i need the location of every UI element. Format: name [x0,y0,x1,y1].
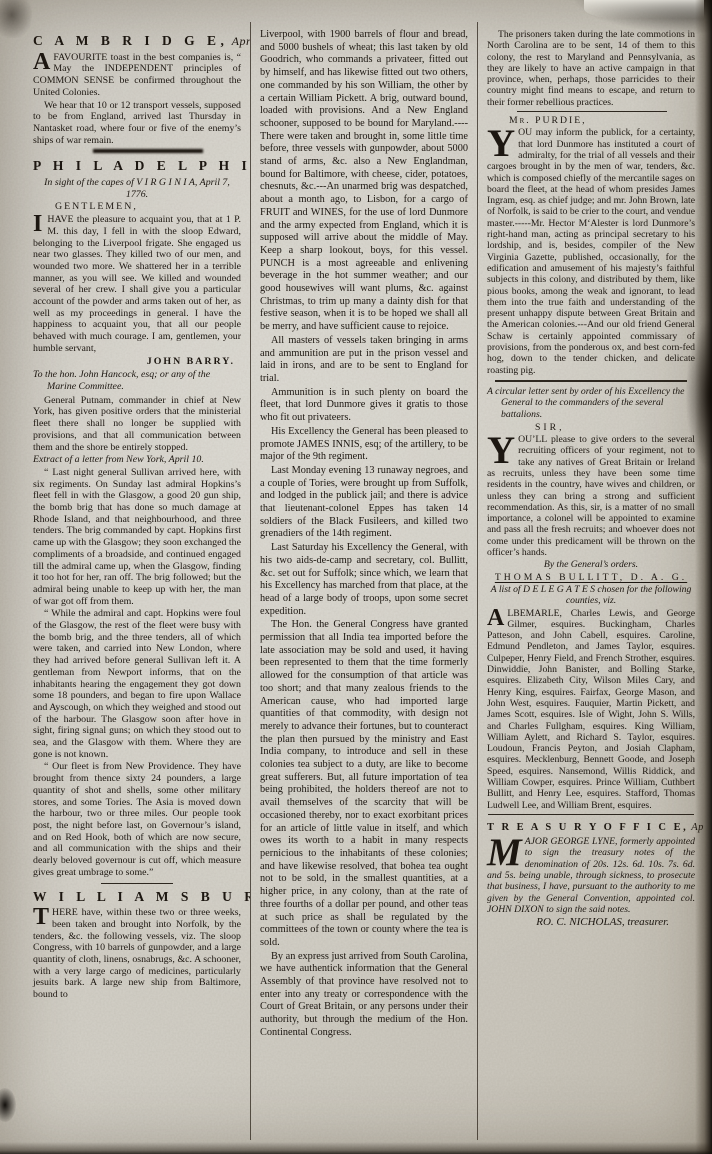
dateline-treasury: T R E A S U R Y O F F I C E, April 26, 1… [487,822,695,833]
city-name: P H I L A D E L P H I A, [33,158,250,173]
section-rule-smeared [93,149,203,153]
article-ammunition: Ammunition is in such plenty on board th… [260,387,468,425]
article-cambridge-transports: We hear that 10 or 12 transport vessels,… [33,100,241,147]
city-date: April 4. [228,34,250,48]
circular-letter: YOU’LL please to give orders to the seve… [487,434,695,558]
delegates-list: ALBEMARLE, Charles Lewis, and George Gil… [487,608,695,811]
column-3: The prisoners taken during the late comm… [477,22,704,1140]
bottom-edge-shadow [0,1142,712,1154]
signature-thomas-bullitt: THOMAS BULLITT, D. A. G. [487,572,695,583]
city-name: C A M B R I D G E, [33,33,228,48]
drop-cap: A [33,52,53,72]
extract-para-3: “ Our fleet is from New Providence. They… [33,761,241,878]
letter-place-line: In sight of the capes of V I R G I N I A… [33,177,241,200]
dateline-philadelphia: P H I L A D E L P H I A, April 11. [33,160,241,174]
signature-john-barry: JOHN BARRY. [33,356,241,368]
circular-letter-heading: A circular letter sent by order of his E… [487,386,695,420]
circular-salutation: SIR, [535,422,695,433]
left-edge-ink-blob [0,1088,16,1122]
page-corner-highlight [584,0,704,22]
letter-address: To the hon. John Hancock, esq; or any of… [33,369,241,392]
drop-cap: M [487,836,525,868]
article-cambridge-toast: AFAVOURITE toast in the best companies i… [33,52,241,99]
drop-cap: A [487,608,507,628]
drop-cap: Y [487,127,518,159]
article-prisoners: The prisoners taken during the late comm… [487,29,695,108]
article-putnam: General Putnam, commander in chief at Ne… [33,395,241,454]
purdie-letter: YOU may inform the publick, for a certai… [487,127,695,376]
williamsburg-vessels-cont: Liverpool, with 1900 barrels of flour an… [260,29,468,334]
newspaper-page: C A M B R I D G E, April 4.AFAVOURITE to… [0,0,712,1154]
section-rule [101,883,173,884]
williamsburg-vessels: THERE have, within these two or three we… [33,907,241,1001]
drop-cap: T [33,907,52,927]
by-generals-orders: By the General’s orders. [487,559,695,570]
letter-salutation: GENTLEMEN, [55,201,241,213]
article-prison-vessel: All masters of vessels taken bringing in… [260,335,468,386]
extract-heading: Extract of a letter from New York, April… [33,454,241,466]
extract-para-1: “ Last night general Sullivan arrived he… [33,467,241,607]
city-name: W I L L I A M S B U R G, [33,889,250,904]
column-2: Liverpool, with 1900 barrels of flour an… [250,22,477,1140]
column-container: C A M B R I D G E, April 4.AFAVOURITE to… [24,22,704,1140]
barry-letter: I HAVE the pleasure to acquaint you, tha… [33,214,241,354]
signature-nicholas: RO. C. NICHOLAS, treasurer. [487,917,695,928]
article-tea-resolution: The Hon. the General Congress have grant… [260,619,468,949]
dateline-cambridge: C A M B R I D G E, April 4. [33,35,241,49]
treasury-notice: MAJOR GEORGE LYNE, formerly appointed to… [487,836,695,915]
purdie-salutation: Mr. PURDIE, [509,115,695,126]
section-rule [517,111,667,112]
dateline-williamsburg: W I L L I A M S B U R G, April 26. [33,891,241,905]
extract-para-2: “ While the admiral and capt. Hopkins we… [33,608,241,760]
article-suffolk-expedition: Last Saturday his Excellency the General… [260,542,468,618]
drop-cap: I [33,214,47,234]
city-name: T R E A S U R Y O F F I C E, [487,822,688,833]
article-south-carolina: By an express just arrived from South Ca… [260,951,468,1040]
column-1: C A M B R I D G E, April 4.AFAVOURITE to… [24,22,250,1140]
section-rule [495,380,686,382]
section-rule [488,814,694,815]
article-runaways: Last Monday evening 13 runaway negroes, … [260,465,468,541]
delegates-heading: A list of D E L E G A T E S chosen for t… [487,584,695,607]
city-date: April 26, 1776. [688,822,704,833]
article-innis-promotion: His Excellency the General has been plea… [260,426,468,464]
drop-cap: Y [487,434,518,466]
